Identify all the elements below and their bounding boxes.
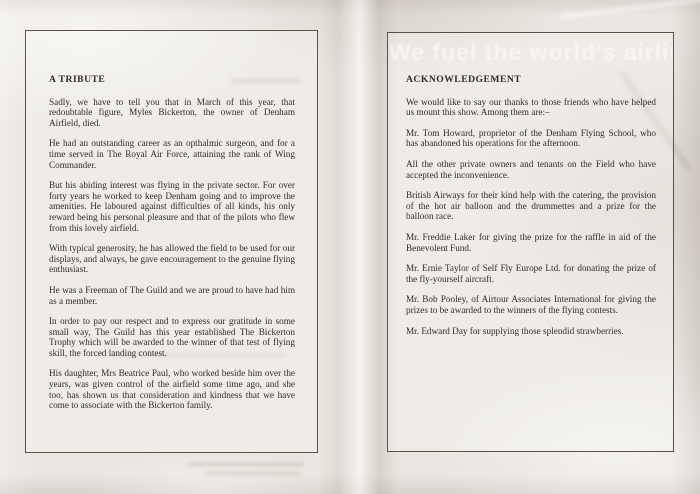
tribute-paragraph: But his abiding interest was flying in t… (49, 180, 295, 233)
center-fold-shadow (320, 0, 396, 494)
acknowledgement-paragraph: British Airways for their kind help with… (406, 190, 656, 222)
tribute-paragraph: He was a Freeman of The Guild and we are… (49, 285, 295, 306)
right-page: We fuel the world's airlines ACKNOWLEDGE… (387, 32, 674, 452)
tribute-paragraph: Sadly, we have to tell you that in March… (49, 97, 295, 129)
acknowledgement-paragraph: All the other private owners and tenants… (406, 159, 656, 180)
tribute-paragraph: He had an outstanding career as an optha… (49, 138, 295, 170)
bleed-through-ghost-text: We fuel the world's airlines (389, 39, 672, 66)
acknowledgement-text-column: ACKNOWLEDGEMENT We would like to say our… (406, 75, 656, 346)
scanned-booklet-spread: A TRIBUTE Sadly, we have to tell you tha… (0, 0, 700, 494)
ink-bleed-smudge (205, 472, 300, 475)
tribute-heading: A TRIBUTE (49, 75, 295, 86)
acknowledgement-paragraph: Mr. Ernie Taylor of Self Fly Europe Ltd.… (406, 263, 656, 284)
acknowledgement-heading: ACKNOWLEDGEMENT (406, 75, 656, 86)
acknowledgement-paragraph: Mr. Bob Pooley, of Airtour Associates In… (406, 294, 656, 315)
ink-bleed-smudge (188, 463, 303, 466)
acknowledgement-paragraph: Mr. Edward Day for supplying those splen… (406, 326, 656, 337)
tribute-paragraph: With typical generosity, he has allowed … (49, 243, 295, 275)
acknowledgement-paragraph: Mr. Freddie Laker for giving the prize f… (406, 232, 656, 253)
acknowledgement-paragraph: We would like to say our thanks to those… (406, 97, 656, 118)
acknowledgement-paragraph: Mr. Tom Howard, proprietor of the Denham… (406, 128, 656, 149)
tribute-paragraph: In order to pay our respect and to expre… (49, 316, 295, 358)
tribute-paragraph: His daughter, Mrs Beatrice Paul, who wor… (49, 368, 295, 410)
left-page: A TRIBUTE Sadly, we have to tell you tha… (25, 30, 318, 453)
tribute-text-column: A TRIBUTE Sadly, we have to tell you tha… (49, 75, 295, 421)
